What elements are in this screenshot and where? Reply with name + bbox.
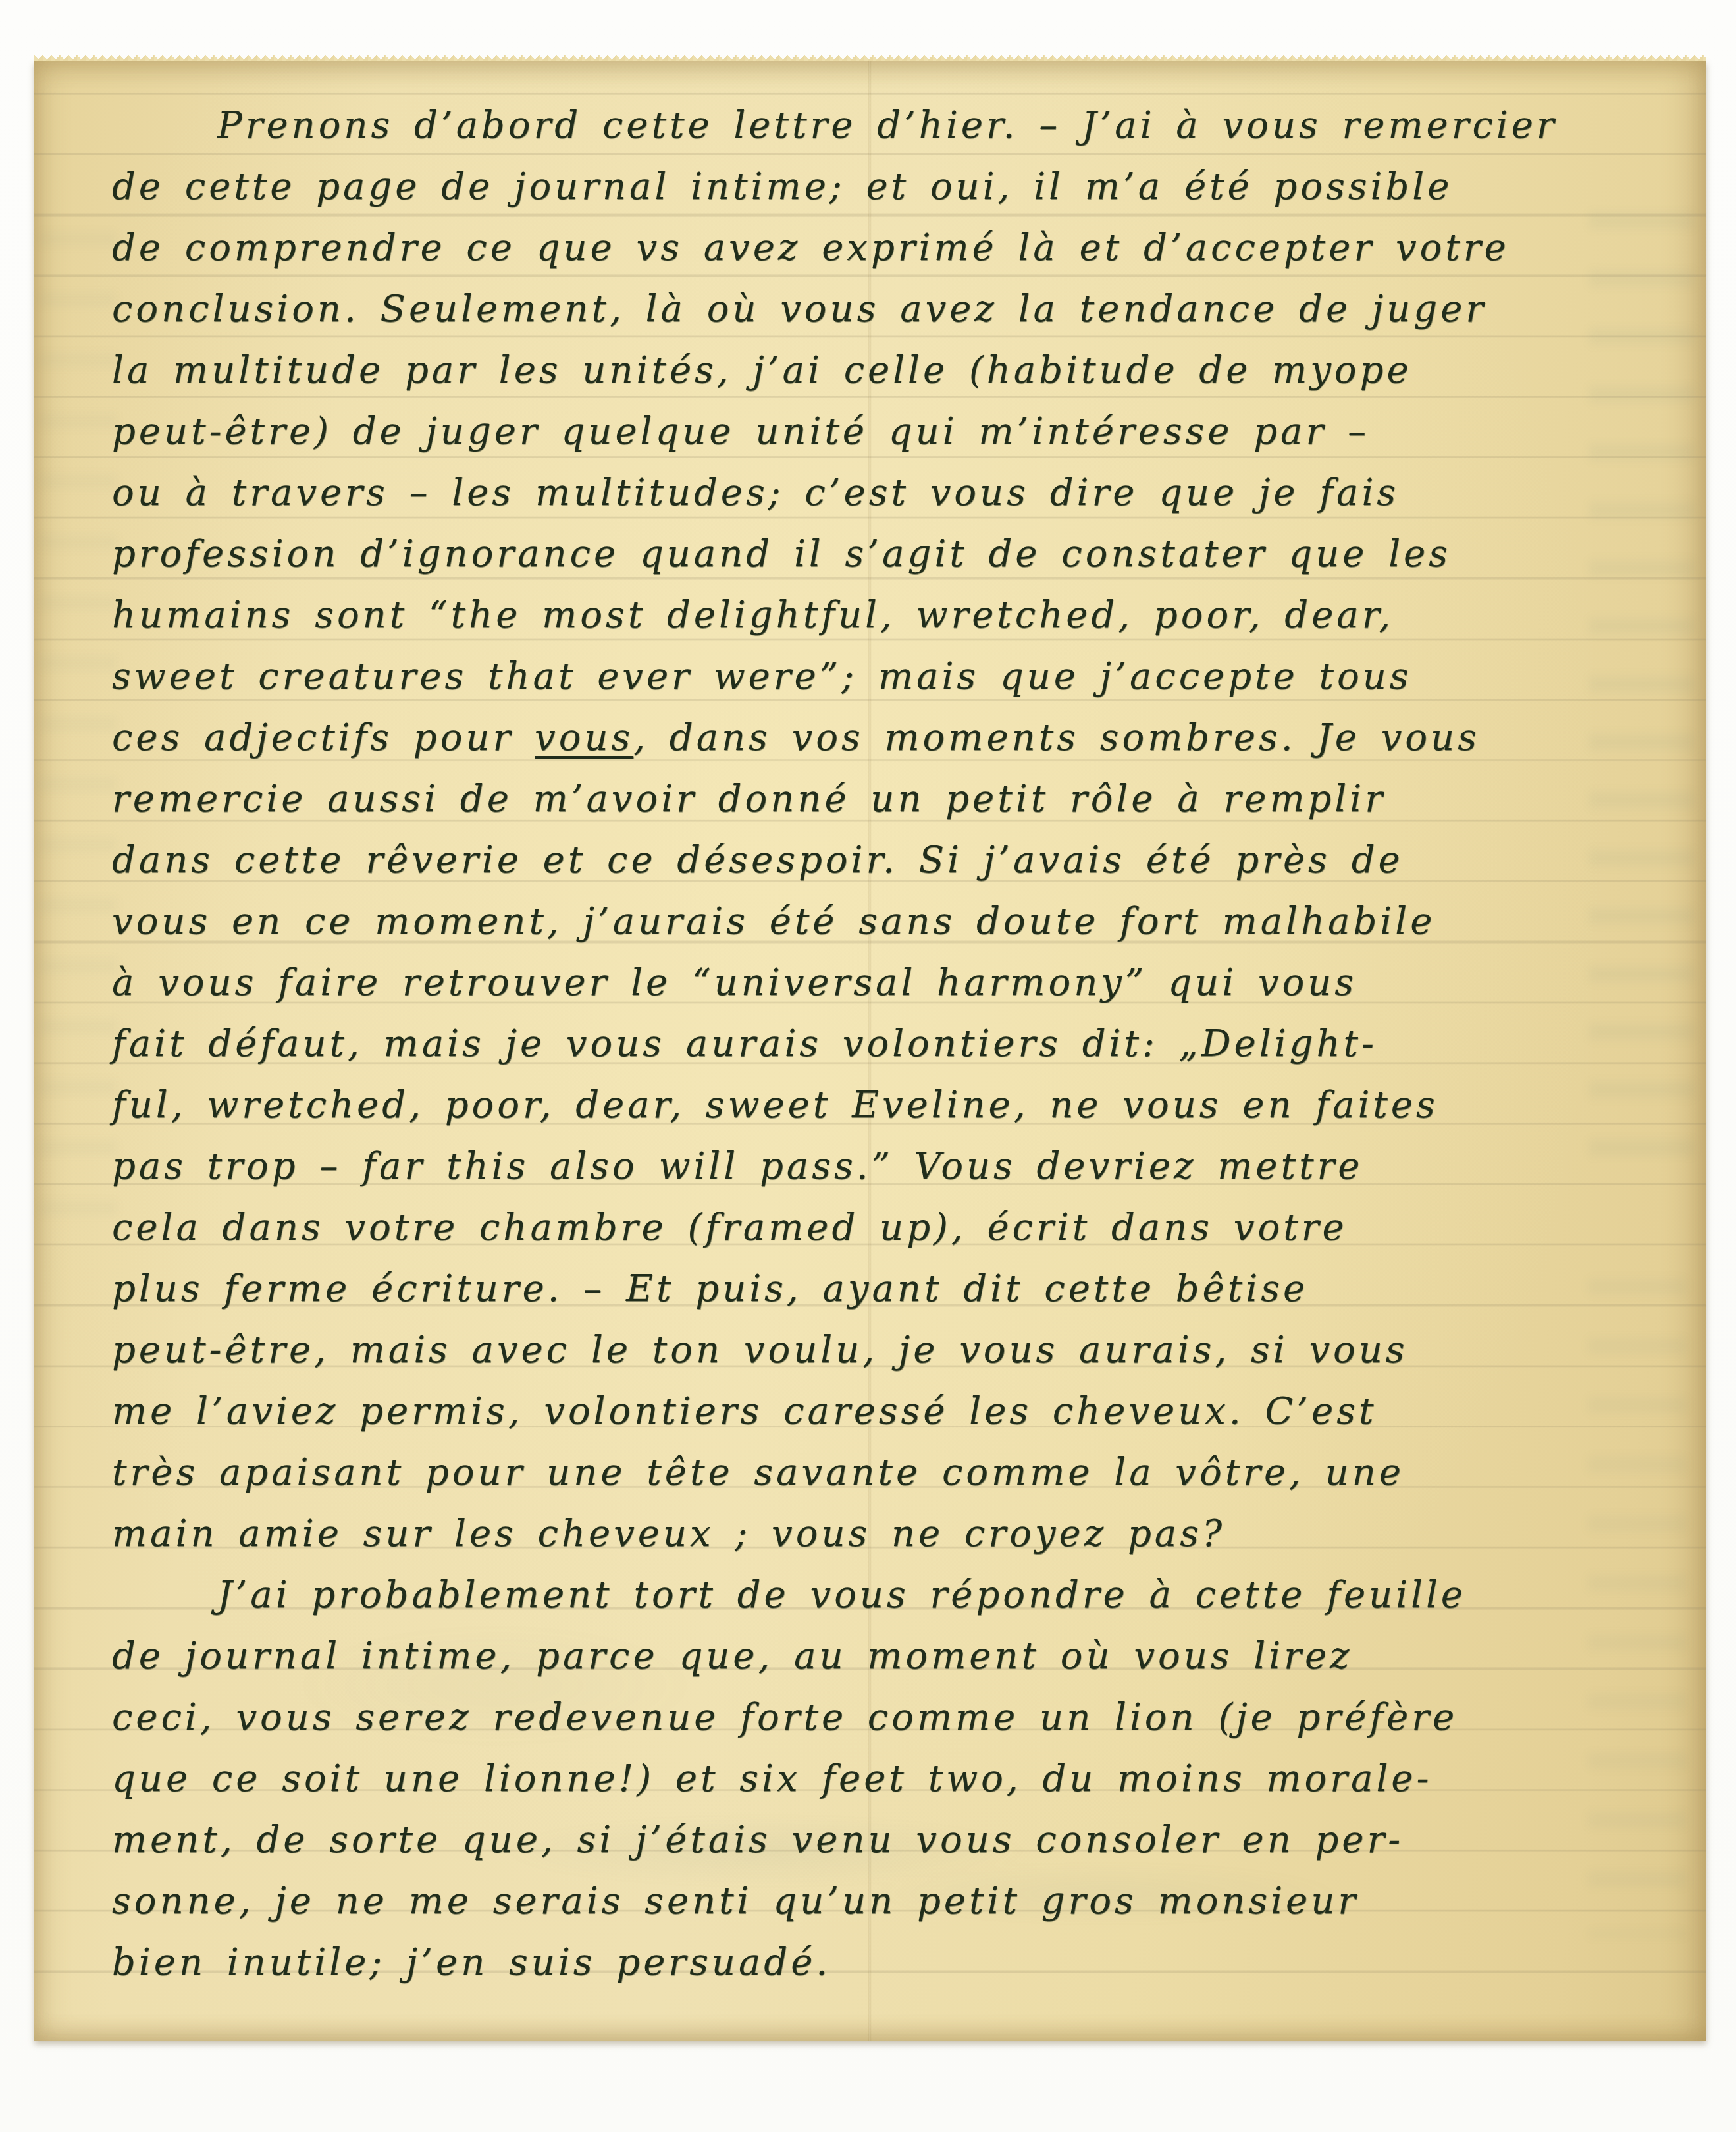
line-text: la multitude par les unités, j’ai celle … [112,349,1412,392]
letter-line: sonne, je ne me serais senti qu’un petit… [112,1871,1646,1932]
letter-line: humains sont “the most delightful, wretc… [112,585,1646,646]
letter-line: peut-être) de juger quelque unité qui m’… [112,401,1646,462]
letter-line: main amie sur les cheveux ; vous ne croy… [112,1503,1646,1564]
line-text: cela dans votre chambre (framed up), écr… [112,1206,1348,1249]
letter-line: vous en ce moment, j’aurais été sans dou… [112,891,1646,952]
letter-line: que ce soit une lionne!) et six feet two… [112,1748,1646,1809]
letter-line: plus ferme écriture. – Et puis, ayant di… [112,1258,1646,1319]
letter-line: ceci, vous serez redevenue forte comme u… [112,1687,1646,1748]
line-text: de journal intime, parce que, au moment … [112,1635,1353,1678]
line-text: sonne, je ne me serais senti qu’un petit… [112,1880,1359,1923]
letter-line: cela dans votre chambre (framed up), écr… [112,1197,1646,1258]
letter-line: fait défaut, mais je vous aurais volonti… [112,1013,1646,1075]
letter-line: bien inutile; j’en suis persuadé. [112,1932,1646,1993]
line-text: bien inutile; j’en suis persuadé. [112,1941,831,1984]
line-text: ful, wretched, poor, dear, sweet Eveline… [112,1084,1438,1127]
letter-line: ces adjectifs pour vous, dans vos moment… [112,707,1646,768]
letter-paper: Prenons d’abord cette lettre d’hier. – J… [34,61,1706,2041]
letter-line: peut-être, mais avec le ton voulu, je vo… [112,1319,1646,1381]
line-text: sweet creatures that ever were”; mais qu… [112,655,1412,698]
bleed-through-smudge [38,232,117,1219]
letter-line: de comprendre ce que vs avez exprimé là … [112,217,1646,279]
line-text: humains sont “the most delightful, wretc… [112,594,1394,637]
letter-line: de cette page de journal intime; et oui,… [112,156,1646,217]
letter-line: J’ai probablement tort de vous répondre … [112,1564,1646,1626]
letter-line: Prenons d’abord cette lettre d’hier. – J… [112,95,1646,156]
torn-perforated-edge [34,51,1706,61]
letter-line: la multitude par les unités, j’ai celle … [112,340,1646,401]
underlined-word: vous [535,716,633,759]
line-text: ou à travers – les multitudes; c’est vou… [112,471,1399,514]
line-text: de comprendre ce que vs avez exprimé là … [112,227,1510,269]
letter-line: remercie aussi de m’avoir donné un petit… [112,768,1646,830]
line-text: à vous faire retrouver le “universal har… [112,961,1357,1004]
line-text: dans cette rêverie et ce désespoir. Si j… [112,839,1404,882]
line-text: très apaisant pour une tête savante comm… [112,1451,1404,1494]
letter-line: ou à travers – les multitudes; c’est vou… [112,462,1646,523]
line-text: peut-être) de juger quelque unité qui m’… [112,410,1369,453]
line-text: pas trop – far this also will pass.” Vou… [112,1145,1363,1188]
line-text: me l’aviez permis, volontiers caressé le… [112,1390,1377,1433]
letter-body: Prenons d’abord cette lettre d’hier. – J… [112,95,1646,1993]
letter-line: dans cette rêverie et ce désespoir. Si j… [112,830,1646,891]
line-text: vous en ce moment, j’aurais été sans dou… [112,900,1435,943]
line-text: peut-être, mais avec le ton voulu, je vo… [112,1329,1408,1372]
letter-line: ful, wretched, poor, dear, sweet Eveline… [112,1075,1646,1136]
letter-line: de journal intime, parce que, au moment … [112,1626,1646,1687]
line-text: ces adjectifs pour [112,716,535,759]
line-text: de cette page de journal intime; et oui,… [112,165,1452,208]
letter-line: me l’aviez permis, volontiers caressé le… [112,1381,1646,1442]
letter-line: à vous faire retrouver le “universal har… [112,952,1646,1013]
letter-line: sweet creatures that ever were”; mais qu… [112,646,1646,707]
line-text: conclusion. Seulement, là où vous avez l… [112,288,1486,331]
line-text: Prenons d’abord cette lettre d’hier. – J… [217,104,1558,147]
line-text: J’ai probablement tort de vous répondre … [217,1574,1466,1616]
line-text: ment, de sorte que, si j’étais venu vous… [112,1819,1404,1861]
line-text: , dans vos moments sombres. Je vous [633,716,1480,759]
line-text: fait défaut, mais je vous aurais volonti… [112,1023,1377,1065]
letter-line: très apaisant pour une tête savante comm… [112,1442,1646,1503]
line-text: profession d’ignorance quand il s’agit d… [112,533,1451,575]
letter-line: pas trop – far this also will pass.” Vou… [112,1136,1646,1197]
letter-line: profession d’ignorance quand il s’agit d… [112,523,1646,585]
line-text: ceci, vous serez redevenue forte comme u… [112,1696,1458,1739]
line-text: remercie aussi de m’avoir donné un petit… [112,778,1386,820]
line-text: main amie sur les cheveux ; vous ne croy… [112,1512,1225,1555]
letter-line: conclusion. Seulement, là où vous avez l… [112,279,1646,340]
line-text: que ce soit une lionne!) et six feet two… [112,1757,1432,1800]
letter-line: ment, de sorte que, si j’étais venu vous… [112,1809,1646,1871]
line-text: plus ferme écriture. – Et puis, ayant di… [112,1267,1308,1310]
